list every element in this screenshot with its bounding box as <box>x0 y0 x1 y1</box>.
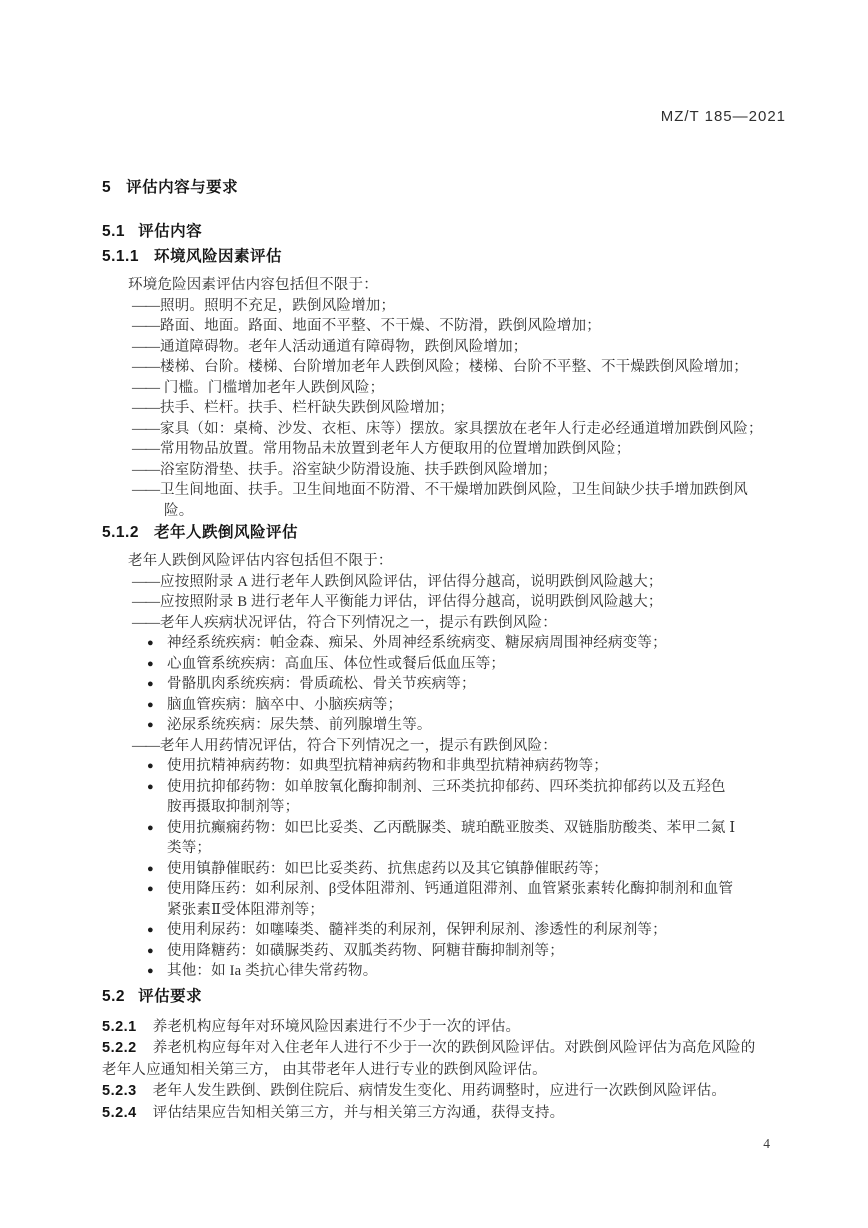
line-text: 老年人用药情况评估，符合下列情况之一，提示有跌倒风险： <box>160 738 557 754</box>
dash-marker: —— <box>132 462 159 478</box>
line-text: 路面、地面。路面、地面不平整、不干燥、不防滑，跌倒风险增加； <box>160 318 601 334</box>
line-text: 通道障碍物。老年人活动通道有障碍物，跌倒风险增加； <box>160 339 528 355</box>
bullet-list-item: ●使用抗精神病药物：如典型抗精神病药物和非典型抗精神病药物等； <box>147 756 792 777</box>
bullet-list-item: ●骨骼肌肉系统疾病：骨质疏松、骨关节疾病等； <box>147 674 792 695</box>
bullet-icon: ● <box>147 818 167 839</box>
dash-marker: —— <box>132 400 159 416</box>
subsection-heading: 5.1评估内容 <box>102 222 792 242</box>
dash-marker: —— <box>132 594 159 610</box>
line-text: 环境风险因素评估 <box>154 248 282 265</box>
bullet-list-item: ●使用抗癫痫药物：如巴比妥类、乙丙酰脲类、琥珀酰亚胺类、双链脂肪酸类、苯甲二氮 … <box>147 818 792 839</box>
line-text: 老年人发生跌倒、跌倒住院后、病情发生变化、用药调整时，应进行一次跌倒风险评估。 <box>153 1083 726 1099</box>
dash-list-continuation: 险。 <box>164 501 792 522</box>
clause-line: 5.2.3老年人发生跌倒、跌倒住院后、病情发生变化、用药调整时，应进行一次跌倒风… <box>102 1081 792 1103</box>
clause-number: 5.2.3 <box>102 1083 137 1099</box>
line-text: 评估内容 <box>138 223 202 240</box>
bullet-list-item: ●使用降压药：如利尿剂、β受体阻滞剂、钙通道阻滞剂、血管紧张素转化酶抑制剂和血管 <box>147 879 792 900</box>
line-text: 常用物品放置。常用物品未放置到老年人方便取用的位置增加跌倒风险； <box>160 441 630 457</box>
line-text: 应按照附录 B 进行老年人平衡能力评估，评估得分越高，说明跌倒风险越大； <box>160 594 663 610</box>
line-text: 浴室防滑垫、扶手。浴室缺少防滑设施、扶手跌倒风险增加； <box>160 462 557 478</box>
clause-line: 5.2.4评估结果应告知相关第三方，并与相关第三方沟通，获得支持。 <box>102 1103 792 1125</box>
dash-list-item: ——照明。照明不充足，跌倒风险增加； <box>132 296 792 317</box>
line-text: 使用抗抑郁药物：如单胺氧化酶抑制剂、三环类抗抑郁药、四环类抗抑郁药以及五羟色 <box>167 779 726 795</box>
dash-marker: —— <box>132 421 159 437</box>
dash-list-item: ——应按照附录 A 进行老年人跌倒风险评估，评估得分越高，说明跌倒风险越大； <box>132 572 792 593</box>
dash-list-item: ——常用物品放置。常用物品未放置到老年人方便取用的位置增加跌倒风险； <box>132 439 792 460</box>
subsubsection-heading: 5.1.1环境风险因素评估 <box>102 247 792 267</box>
line-text: 家具（如：桌椅、沙发、衣柜、床等）摆放。家具摆放在老年人行走必经通道增加跌倒风险… <box>160 421 763 437</box>
dash-marker: —— <box>132 380 159 396</box>
bullet-icon: ● <box>147 633 167 654</box>
heading-number: 5.1.1 <box>102 248 139 265</box>
bullet-icon: ● <box>147 654 167 675</box>
bullet-list-item: ●脑血管疾病：脑卒中、小脑疾病等； <box>147 695 792 716</box>
line-text: 楼梯、台阶。楼梯、台阶增加老年人跌倒风险；楼梯、台阶不平整、不干燥跌倒风险增加； <box>160 359 748 375</box>
line-text: 评估结果应告知相关第三方，并与相关第三方沟通，获得支持。 <box>153 1105 565 1121</box>
bullet-icon: ● <box>147 777 167 798</box>
line-text: 脑血管疾病：脑卒中、小脑疾病等； <box>167 697 402 713</box>
dash-marker: —— <box>132 318 159 334</box>
line-text: 评估内容与要求 <box>126 179 238 196</box>
subsubsection-heading: 5.1.2老年人跌倒风险评估 <box>102 523 792 543</box>
dash-list-item: ——扶手、栏杆。扶手、栏杆缺失跌倒风险增加； <box>132 398 792 419</box>
heading-number: 5.2 <box>102 988 125 1005</box>
bullet-icon: ● <box>147 674 167 695</box>
line-text: 养老机构应每年对环境风险因素进行不少于一次的评估。 <box>153 1019 521 1035</box>
dash-list-item: ——路面、地面。路面、地面不平整、不干燥、不防滑，跌倒风险增加； <box>132 316 792 337</box>
line-text: 神经系统疾病：帕金森、痴呆、外周神经系统病变、糖尿病周围神经病变等； <box>167 635 667 651</box>
line-text: 评估要求 <box>138 988 202 1005</box>
line-text: 老年人跌倒风险评估内容包括但不限于： <box>128 553 393 569</box>
bullet-list-item: ●泌尿系统疾病：尿失禁、前列腺增生等。 <box>147 715 792 736</box>
paragraph-line: 老年人跌倒风险评估内容包括但不限于： <box>128 551 792 572</box>
line-text: 骨骼肌肉系统疾病：骨质疏松、骨关节疾病等； <box>167 676 476 692</box>
document-page: MZ/T 185—2021 5评估内容与要求5.1评估内容5.1.1环境风险因素… <box>0 0 868 1228</box>
clause-number: 5.2.2 <box>102 1040 137 1056</box>
line-text: 照明。照明不充足，跌倒风险增加； <box>160 298 395 314</box>
dash-marker: —— <box>132 298 159 314</box>
bullet-list-continuation: 胺再摄取抑制剂等； <box>167 797 792 818</box>
heading-number: 5.1.2 <box>102 524 139 541</box>
line-text: 使用抗癫痫药物：如巴比妥类、乙丙酰脲类、琥珀酰亚胺类、双链脂肪酸类、苯甲二氮 Ⅰ <box>167 820 735 836</box>
line-text: 险。 <box>164 503 193 519</box>
subsection-heading: 5.2评估要求 <box>102 987 792 1007</box>
clause-number: 5.2.1 <box>102 1019 137 1035</box>
bullet-list-item: ●使用降糖药：如磺脲类药、双胍类药物、阿糖苷酶抑制剂等； <box>147 941 792 962</box>
dash-marker: —— <box>132 339 159 355</box>
line-text: 门槛。门槛增加老年人跌倒风险； <box>160 380 384 396</box>
line-text: 使用利尿药：如噻嗪类、髓袢类的利尿剂，保钾利尿剂、渗透性的利尿剂等； <box>167 922 667 938</box>
line-text: 心血管系统疾病：高血压、体位性或餐后低血压等； <box>167 656 505 672</box>
dash-list-item: ——卫生间地面、扶手。卫生间地面不防滑、不干燥增加跌倒风险，卫生间缺少扶手增加跌… <box>132 480 792 501</box>
bullet-icon: ● <box>147 715 167 736</box>
dash-marker: —— <box>132 574 159 590</box>
line-text: 环境危险因素评估内容包括但不限于： <box>128 277 378 293</box>
dash-list-item: ——通道障碍物。老年人活动通道有障碍物，跌倒风险增加； <box>132 337 792 358</box>
bullet-icon: ● <box>147 941 167 962</box>
dash-list-item: —— 门槛。门槛增加老年人跌倒风险； <box>132 378 792 399</box>
line-text: 老年人疾病状况评估，符合下列情况之一，提示有跌倒风险： <box>160 615 557 631</box>
line-text: 老年人应通知相关第三方， 由其带老年人进行专业的跌倒风险评估。 <box>102 1062 547 1078</box>
dash-list-item: ——老年人疾病状况评估，符合下列情况之一，提示有跌倒风险： <box>132 613 792 634</box>
line-text: 类等； <box>167 840 211 856</box>
line-text: 使用镇静催眠药：如巴比妥类药、抗焦虑药以及其它镇静催眠药等； <box>167 861 608 877</box>
line-text: 使用抗精神病药物：如典型抗精神病药物和非典型抗精神病药物等； <box>167 758 608 774</box>
dash-list-item: ——家具（如：桌椅、沙发、衣柜、床等）摆放。家具摆放在老年人行走必经通道增加跌倒… <box>132 419 792 440</box>
bullet-icon: ● <box>147 756 167 777</box>
line-text: 扶手、栏杆。扶手、栏杆缺失跌倒风险增加； <box>160 400 454 416</box>
bullet-list-continuation: 紧张素Ⅱ受体阻滞剂等； <box>167 900 792 921</box>
dash-marker: —— <box>132 359 159 375</box>
line-text: 使用降糖药：如磺脲类药、双胍类药物、阿糖苷酶抑制剂等； <box>167 943 564 959</box>
standard-number: MZ/T 185—2021 <box>102 110 792 124</box>
line-text: 胺再摄取抑制剂等； <box>167 799 299 815</box>
bullet-list-item: ●使用抗抑郁药物：如单胺氧化酶抑制剂、三环类抗抑郁药、四环类抗抑郁药以及五羟色 <box>147 777 792 798</box>
dash-marker: —— <box>132 441 159 457</box>
dash-marker: —— <box>132 482 159 498</box>
section-heading: 5评估内容与要求 <box>102 178 792 198</box>
line-text: 紧张素Ⅱ受体阻滞剂等； <box>167 902 324 918</box>
line-text: 应按照附录 A 进行老年人跌倒风险评估，评估得分越高，说明跌倒风险越大； <box>160 574 663 590</box>
dash-list-item: ——老年人用药情况评估，符合下列情况之一，提示有跌倒风险： <box>132 736 792 757</box>
bullet-list-item: ●神经系统疾病：帕金森、痴呆、外周神经系统病变、糖尿病周围神经病变等； <box>147 633 792 654</box>
clause-line: 5.2.2养老机构应每年对入住老年人进行不少于一次的跌倒风险评估。对跌倒风险评估… <box>102 1038 792 1060</box>
line-text: 卫生间地面、扶手。卫生间地面不防滑、不干燥增加跌倒风险，卫生间缺少扶手增加跌倒风 <box>160 482 748 498</box>
line-text: 使用降压药：如利尿剂、β受体阻滞剂、钙通道阻滞剂、血管紧张素转化酶抑制剂和血管 <box>167 881 733 897</box>
heading-number: 5.1 <box>102 223 125 240</box>
heading-number: 5 <box>102 179 111 196</box>
bullet-icon: ● <box>147 859 167 880</box>
bullet-icon: ● <box>147 879 167 900</box>
bullet-list-item: ●其他：如 Ia 类抗心律失常药物。 <box>147 961 792 982</box>
paragraph-line: 环境危险因素评估内容包括但不限于： <box>128 275 792 296</box>
bullet-icon: ● <box>147 695 167 716</box>
bullet-list-item: ●使用镇静催眠药：如巴比妥类药、抗焦虑药以及其它镇静催眠药等； <box>147 859 792 880</box>
bullet-icon: ● <box>147 961 167 982</box>
bullet-icon: ● <box>147 920 167 941</box>
clause-line: 5.2.1养老机构应每年对环境风险因素进行不少于一次的评估。 <box>102 1017 792 1039</box>
dash-marker: —— <box>132 738 159 754</box>
bullet-list-item: ●使用利尿药：如噻嗪类、髓袢类的利尿剂，保钾利尿剂、渗透性的利尿剂等； <box>147 920 792 941</box>
clause-continuation: 老年人应通知相关第三方， 由其带老年人进行专业的跌倒风险评估。 <box>102 1060 792 1082</box>
bullet-list-continuation: 类等； <box>167 838 792 859</box>
document-body: 5评估内容与要求5.1评估内容5.1.1环境风险因素评估环境危险因素评估内容包括… <box>102 178 792 1124</box>
page-number: 4 <box>102 1136 792 1152</box>
dash-list-item: ——浴室防滑垫、扶手。浴室缺少防滑设施、扶手跌倒风险增加； <box>132 460 792 481</box>
line-text: 养老机构应每年对入住老年人进行不少于一次的跌倒风险评估。对跌倒风险评估为高危风险… <box>153 1040 756 1056</box>
line-text: 老年人跌倒风险评估 <box>154 524 298 541</box>
dash-list-item: ——楼梯、台阶。楼梯、台阶增加老年人跌倒风险；楼梯、台阶不平整、不干燥跌倒风险增… <box>132 357 792 378</box>
line-text: 其他：如 Ia 类抗心律失常药物。 <box>167 963 377 979</box>
line-text: 泌尿系统疾病：尿失禁、前列腺增生等。 <box>167 717 432 733</box>
dash-list-item: ——应按照附录 B 进行老年人平衡能力评估，评估得分越高，说明跌倒风险越大； <box>132 592 792 613</box>
clause-number: 5.2.4 <box>102 1105 137 1121</box>
bullet-list-item: ●心血管系统疾病：高血压、体位性或餐后低血压等； <box>147 654 792 675</box>
dash-marker: —— <box>132 615 159 631</box>
